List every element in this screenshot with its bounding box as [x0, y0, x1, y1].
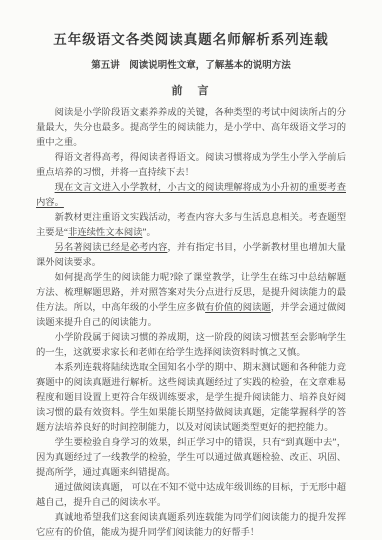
- paragraph: 小学阶段属于阅读习惯的养成期，这一阶段的阅读习惯甚至会影响学生的一生，这就要求家…: [36, 331, 346, 361]
- underlined-text: 另名著阅读已经是必考内容: [55, 243, 168, 253]
- text-segment: 小学阶段属于阅读习惯的养成期，这一阶段的阅读习惯甚至会影响学生的一生，这就要求家…: [36, 333, 346, 358]
- paragraph: 新教材更注重语文实践活动，考查内容大多与生活息息相关。考查题型主要是“非连续性文…: [36, 211, 346, 241]
- paragraph: 如何提高学生的阅读能力呢?除了课堂教学，让学生在练习中总结解题方法、梳理解题思路…: [36, 271, 346, 331]
- underlined-text: 有价值的阅读题: [205, 303, 271, 313]
- paragraph: 本系列连载将陆续选取全国知名小学的期中、期末测试题和各种能力竞赛题中的阅读真题进…: [36, 361, 346, 436]
- text-segment: 通过做阅读真题， 可以在不知不觉中达成年级训练的目标，于无形中超越自己，提升自己…: [36, 483, 346, 508]
- text-segment: 真诚地希望我们这套阅读真题系列连载能为同学们阅读能力的提升发挥它应有的价值，能成…: [36, 513, 346, 538]
- paragraph: 得语文者得高考，得阅读者得语文。阅读习惯将成为学生小学入学前后重点培养的习惯，并…: [36, 151, 346, 181]
- preface-heading: 前 言: [36, 82, 346, 98]
- paragraph: 通过做阅读真题， 可以在不知不觉中达成年级训练的目标，于无形中超越自己，提升自己…: [36, 481, 346, 511]
- text-segment: 本系列连载将陆续选取全国知名小学的期中、期末测试题和各种能力竞赛题中的阅读真题进…: [36, 363, 346, 433]
- paragraph: 现在文言文进入小学教材，小古文的阅读理解将成为小升初的重要考查内容。: [36, 181, 346, 211]
- underlined-text: 现在文言文进入小学教材，小古文的阅读理解将成为小升初的重要考查内容。: [36, 183, 346, 208]
- document-body: 阅读是小学阶段语文素养养成的关键，各种类型的考试中阅读所占的分量最大，失分也最多…: [36, 106, 346, 540]
- document-page: 五年级语文各类阅读真题名师解析系列连载 第五讲 阅读说明性文章，了解基本的说明方…: [0, 0, 382, 540]
- text-segment: ”。: [142, 228, 155, 238]
- document-subtitle: 第五讲 阅读说明性文章，了解基本的说明方法: [36, 57, 346, 71]
- document-title: 五年级语文各类阅读真题名师解析系列连载: [36, 28, 346, 48]
- paragraph: 另名著阅读已经是必考内容，并有指定书目，小学新教材里也增加大量课外阅读要求。: [36, 241, 346, 271]
- paragraph: 真诚地希望我们这套阅读真题系列连载能为同学们阅读能力的提升发挥它应有的价值，能成…: [36, 511, 346, 540]
- paragraph: 阅读是小学阶段语文素养养成的关键，各种类型的考试中阅读所占的分量最大，失分也最多…: [36, 106, 346, 151]
- paragraph: 学生要检验自身学习的效果，纠正学习中的错误，只有“到真题中去”，因为真题经过了一…: [36, 436, 346, 481]
- text-segment: 学生要检验自身学习的效果，纠正学习中的错误，只有“到真题中去”，因为真题经过了一…: [36, 438, 346, 478]
- underlined-text: 非连续性文本阅读: [68, 228, 142, 238]
- text-segment: 得语文者得高考，得阅读者得语文。阅读习惯将成为学生小学入学前后重点培养的习惯，并…: [36, 153, 346, 178]
- text-segment: 阅读是小学阶段语文素养养成的关键，各种类型的考试中阅读所占的分量最大，失分也最多…: [36, 108, 346, 148]
